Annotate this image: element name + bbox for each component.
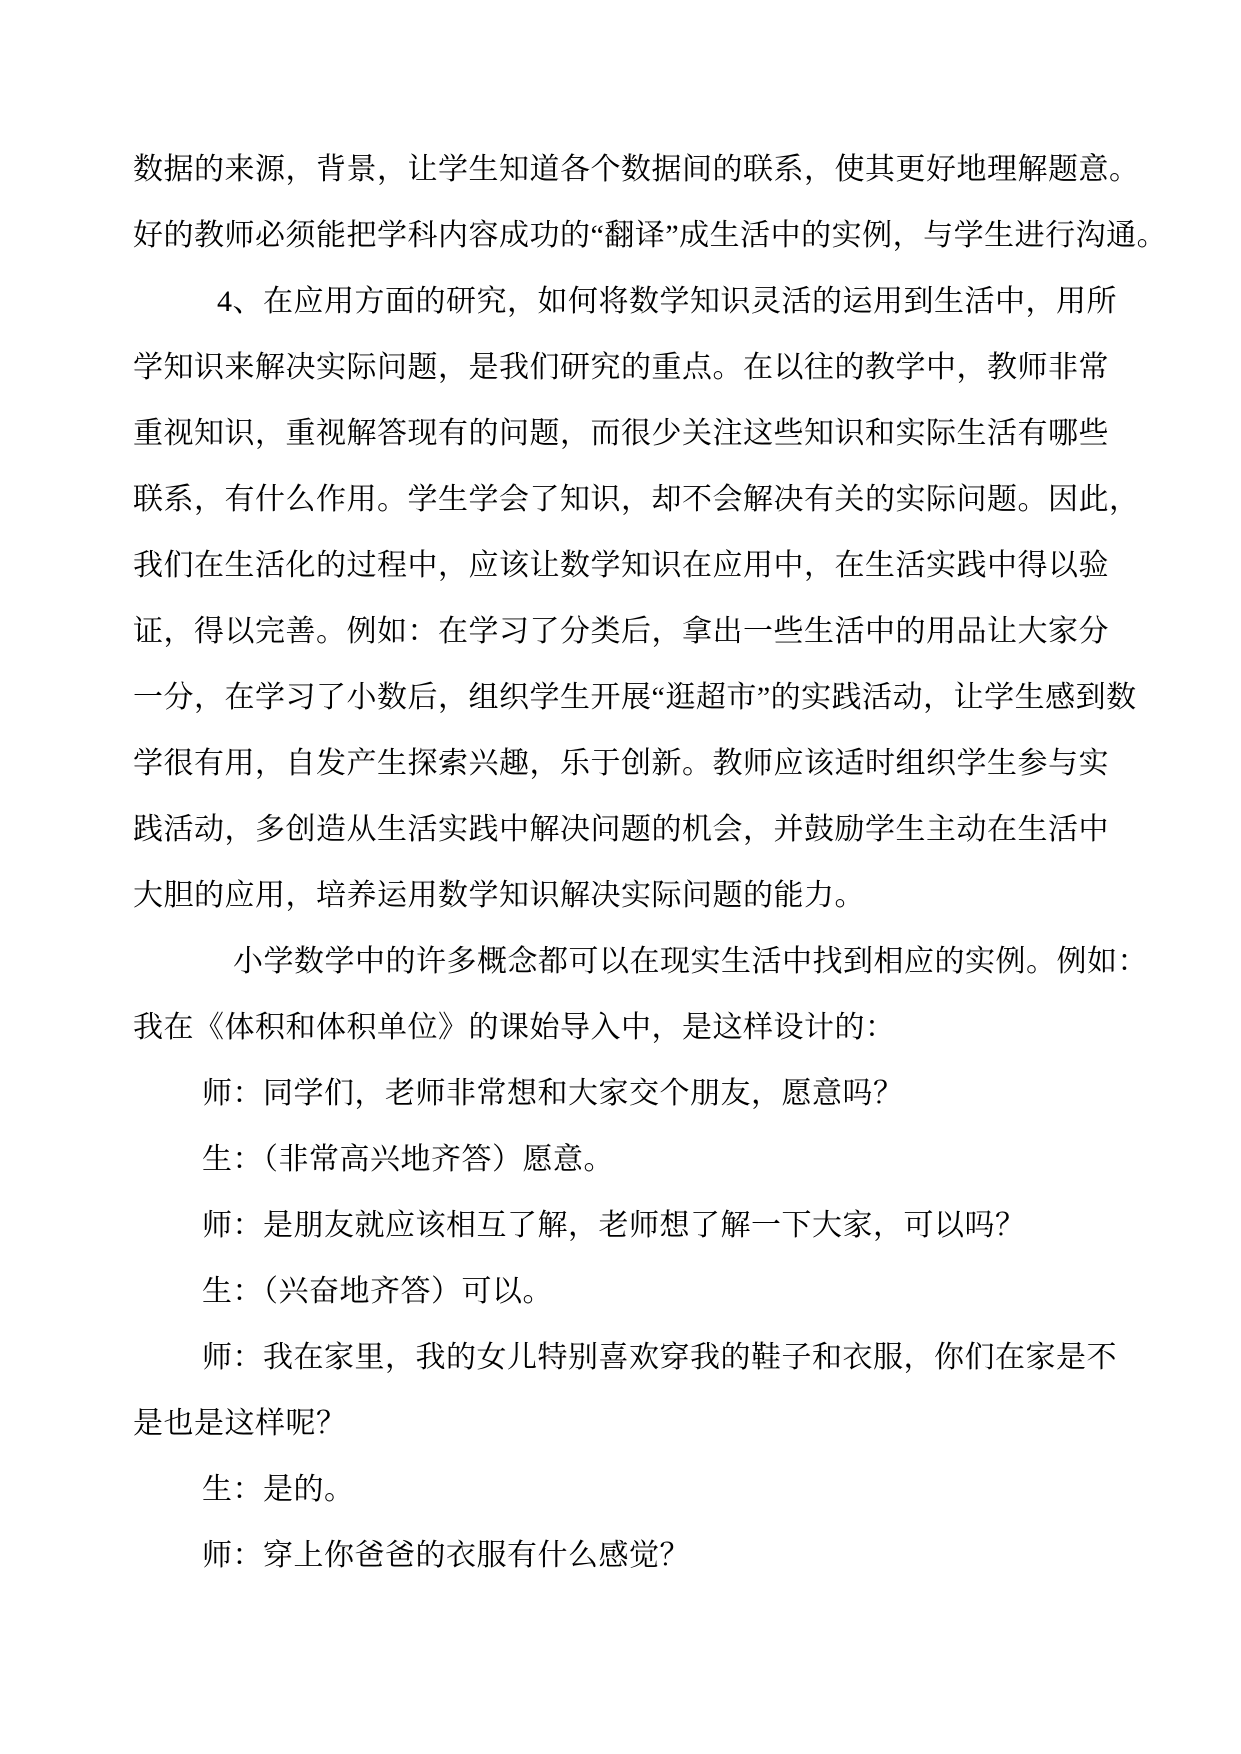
text-line: 一分，在学习了小数后，组织学生开展“逛超市”的实践活动，让学生感到数: [133, 665, 1223, 731]
text-line: 践活动，多创造从生活实践中解决问题的机会，并鼓励学生主动在生活中: [133, 797, 1223, 863]
paragraph: 师：穿上你爸爸的衣服有什么感觉？: [133, 1523, 1223, 1589]
text-line: 师：是朋友就应该相互了解，老师想了解一下大家，可以吗？: [133, 1193, 1223, 1259]
text-line: 师：同学们，老师非常想和大家交个朋友，愿意吗？: [133, 1061, 1223, 1127]
document-text-block: 数据的来源，背景，让学生知道各个数据间的联系，使其更好地理解题意。好的教师必须能…: [133, 137, 1223, 1589]
text-line: 小学数学中的许多概念都可以在现实生活中找到相应的实例。例如：: [133, 929, 1223, 995]
paragraph: 生：（非常高兴地齐答）愿意。: [133, 1127, 1223, 1193]
document-page: 数据的来源，背景，让学生知道各个数据间的联系，使其更好地理解题意。好的教师必须能…: [0, 0, 1241, 1754]
text-line: 4、在应用方面的研究，如何将数学知识灵活的运用到生活中，用所: [133, 269, 1223, 335]
text-line: 师：穿上你爸爸的衣服有什么感觉？: [133, 1523, 1223, 1589]
paragraph: 师：我在家里，我的女儿特别喜欢穿我的鞋子和衣服，你们在家是不是也是这样呢？: [133, 1325, 1223, 1457]
text-line: 生：（兴奋地齐答）可以。: [133, 1259, 1223, 1325]
text-line: 好的教师必须能把学科内容成功的“翻译”成生活中的实例，与学生进行沟通。: [133, 203, 1223, 269]
text-line: 师：我在家里，我的女儿特别喜欢穿我的鞋子和衣服，你们在家是不: [133, 1325, 1223, 1391]
text-line: 重视知识，重视解答现有的问题，而很少关注这些知识和实际生活有哪些: [133, 401, 1223, 467]
paragraph: 小学数学中的许多概念都可以在现实生活中找到相应的实例。例如：我在《体积和体积单位…: [133, 929, 1223, 1061]
paragraph: 生：是的。: [133, 1457, 1223, 1523]
text-line: 是也是这样呢？: [133, 1391, 1223, 1457]
text-line: 大胆的应用，培养运用数学知识解决实际问题的能力。: [133, 863, 1223, 929]
paragraph: 数据的来源，背景，让学生知道各个数据间的联系，使其更好地理解题意。好的教师必须能…: [133, 137, 1223, 269]
text-line: 生：是的。: [133, 1457, 1223, 1523]
text-line: 数据的来源，背景，让学生知道各个数据间的联系，使其更好地理解题意。: [133, 137, 1223, 203]
text-line: 我们在生活化的过程中，应该让数学知识在应用中，在生活实践中得以验: [133, 533, 1223, 599]
text-line: 生：（非常高兴地齐答）愿意。: [133, 1127, 1223, 1193]
paragraph: 4、在应用方面的研究，如何将数学知识灵活的运用到生活中，用所学知识来解决实际问题…: [133, 269, 1223, 929]
paragraph: 师：是朋友就应该相互了解，老师想了解一下大家，可以吗？: [133, 1193, 1223, 1259]
text-line: 学知识来解决实际问题，是我们研究的重点。在以往的教学中，教师非常: [133, 335, 1223, 401]
text-line: 学很有用，自发产生探索兴趣，乐于创新。教师应该适时组织学生参与实: [133, 731, 1223, 797]
text-line: 我在《体积和体积单位》的课始导入中，是这样设计的：: [133, 995, 1223, 1061]
text-line: 证，得以完善。例如：在学习了分类后，拿出一些生活中的用品让大家分: [133, 599, 1223, 665]
text-line: 联系，有什么作用。学生学会了知识，却不会解决有关的实际问题。因此，: [133, 467, 1223, 533]
paragraph: 生：（兴奋地齐答）可以。: [133, 1259, 1223, 1325]
paragraph: 师：同学们，老师非常想和大家交个朋友，愿意吗？: [133, 1061, 1223, 1127]
